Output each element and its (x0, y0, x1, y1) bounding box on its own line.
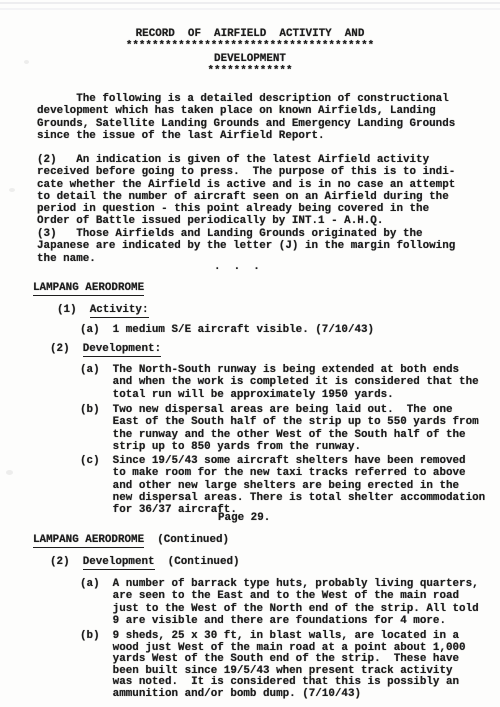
scanned-document-page: RECORD OF AIRFIELD ACTIVITY AND ********… (0, 0, 500, 707)
intro-paragraph-2: (2) An indication is given of the latest… (37, 154, 455, 228)
document-subtitle: DEVELOPMENT (0, 53, 500, 65)
page-number: Page 29. (218, 512, 270, 524)
development-number: (2) (50, 556, 83, 568)
development-gap (155, 556, 168, 568)
development-item-b: (b) Two new dispersal areas are being la… (80, 404, 479, 453)
section-heading-lampang: LAMPANG AERODROME (33, 282, 144, 294)
activity-heading: (1) Activity: (57, 304, 149, 316)
scan-smudge (24, 60, 29, 64)
heading-continued-suffix: (Continued) (157, 534, 229, 546)
activity-number: (1) (57, 304, 90, 316)
development-item-c: (c) Since 19/5/43 some aircraft shelters… (80, 455, 485, 516)
scan-artifact-line (0, 2, 500, 4)
development-continued-suffix: (Continued) (168, 556, 240, 568)
intro-paragraph-3: (3) Those Airfields and Landing Grounds … (37, 228, 455, 265)
development-heading: (2) Development: (50, 343, 161, 355)
section-heading-lampang-continued: LAMPANG AERODROME (Continued) (33, 534, 229, 546)
development-item-a: (a) The North-South runway is being exte… (80, 364, 479, 401)
dots-separator: . . . (214, 261, 260, 273)
heading-text: LAMPANG AERODROME (33, 282, 144, 296)
development-continued-item-b: (b) 9 sheds, 25 x 30 ft, in blast walls,… (80, 631, 466, 701)
development-label: Development (83, 556, 155, 570)
heading-text: LAMPANG AERODROME (33, 534, 144, 548)
activity-item-a: (a) 1 medium S/E aircraft visible. (7/10… (80, 324, 374, 336)
development-continued-heading: (2) Development (Continued) (50, 556, 240, 568)
intro-paragraph-1: The following is a detailed description … (37, 93, 455, 142)
development-number: (2) (50, 343, 83, 355)
activity-label: Activity: (90, 304, 149, 318)
heading-gap (144, 534, 157, 546)
development-continued-item-a: (a) A number of barrack type huts, proba… (80, 578, 479, 627)
document-title: RECORD OF AIRFIELD ACTIVITY AND (0, 28, 500, 40)
title-asterisk-underline: ************************************** (0, 40, 500, 52)
scan-artifact-line (0, 8, 500, 10)
development-label: Development: (83, 343, 161, 357)
scan-smudge (9, 188, 15, 192)
scan-smudge (6, 470, 13, 475)
subtitle-asterisk-underline: ************* (0, 65, 500, 77)
